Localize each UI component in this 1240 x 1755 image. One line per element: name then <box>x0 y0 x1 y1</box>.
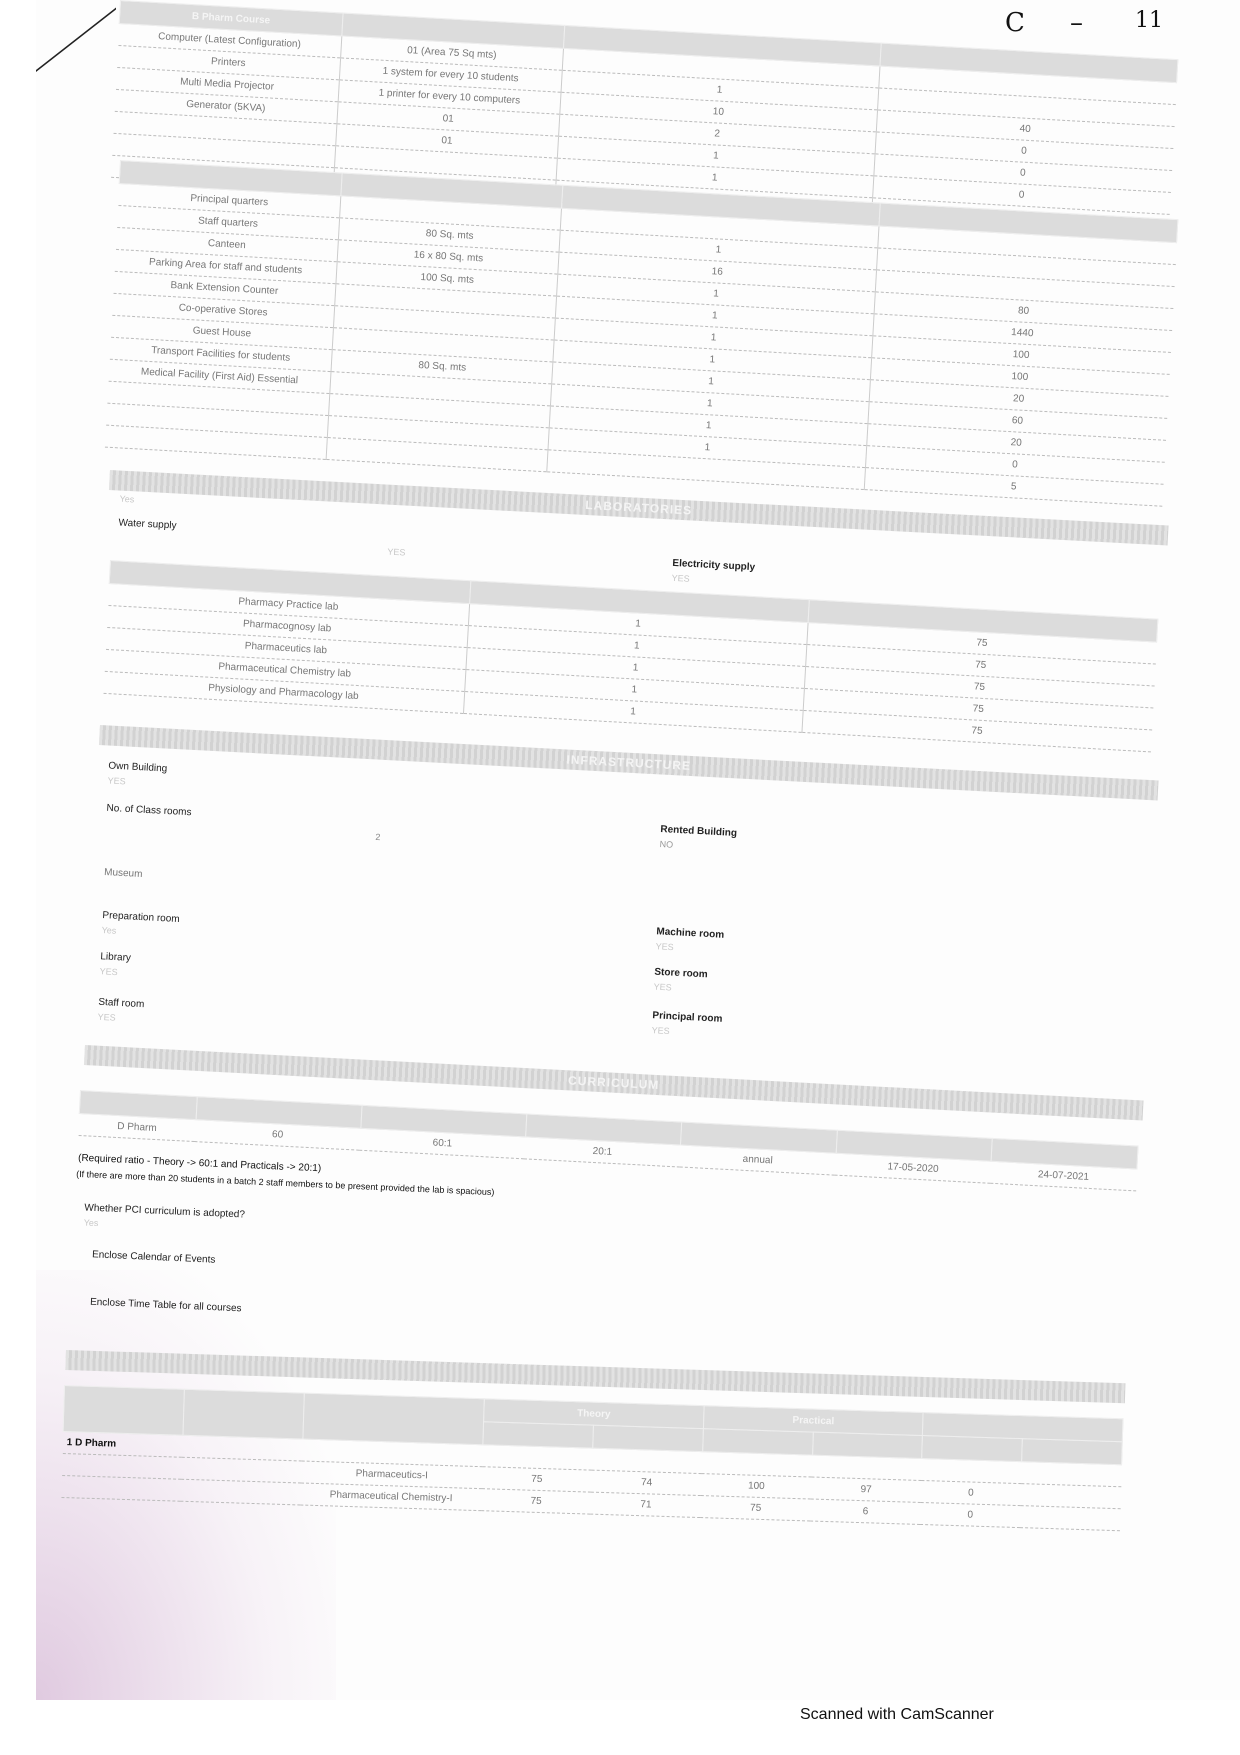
museum-field: Museum <box>104 867 143 884</box>
store-room-field: Store room YES <box>653 967 708 995</box>
handwritten-mark: 11 <box>1135 8 1163 33</box>
own-building-field: Own Building YES <box>107 760 167 788</box>
amenities-table: Principal quartersStaff quarters80 Sq. m… <box>104 160 1178 507</box>
page-fold-edge <box>36 0 116 72</box>
handwritten-mark: C <box>1005 8 1025 38</box>
rented-building-field: Rented Building NO <box>659 824 737 853</box>
principal-room-field: Principal room YES <box>651 1010 722 1039</box>
electricity-supply-field: Electricity supply YES <box>671 558 755 587</box>
handwritten-mark: – <box>1070 8 1083 38</box>
machine-room-field: Machine room YES <box>655 926 724 955</box>
staff-room-field: Staff room YES <box>97 997 144 1024</box>
preparation-room-field: Preparation room Yes <box>101 910 179 939</box>
camscanner-watermark: Scanned with CamScanner <box>800 1706 994 1724</box>
library-field: Library YES <box>99 951 131 978</box>
